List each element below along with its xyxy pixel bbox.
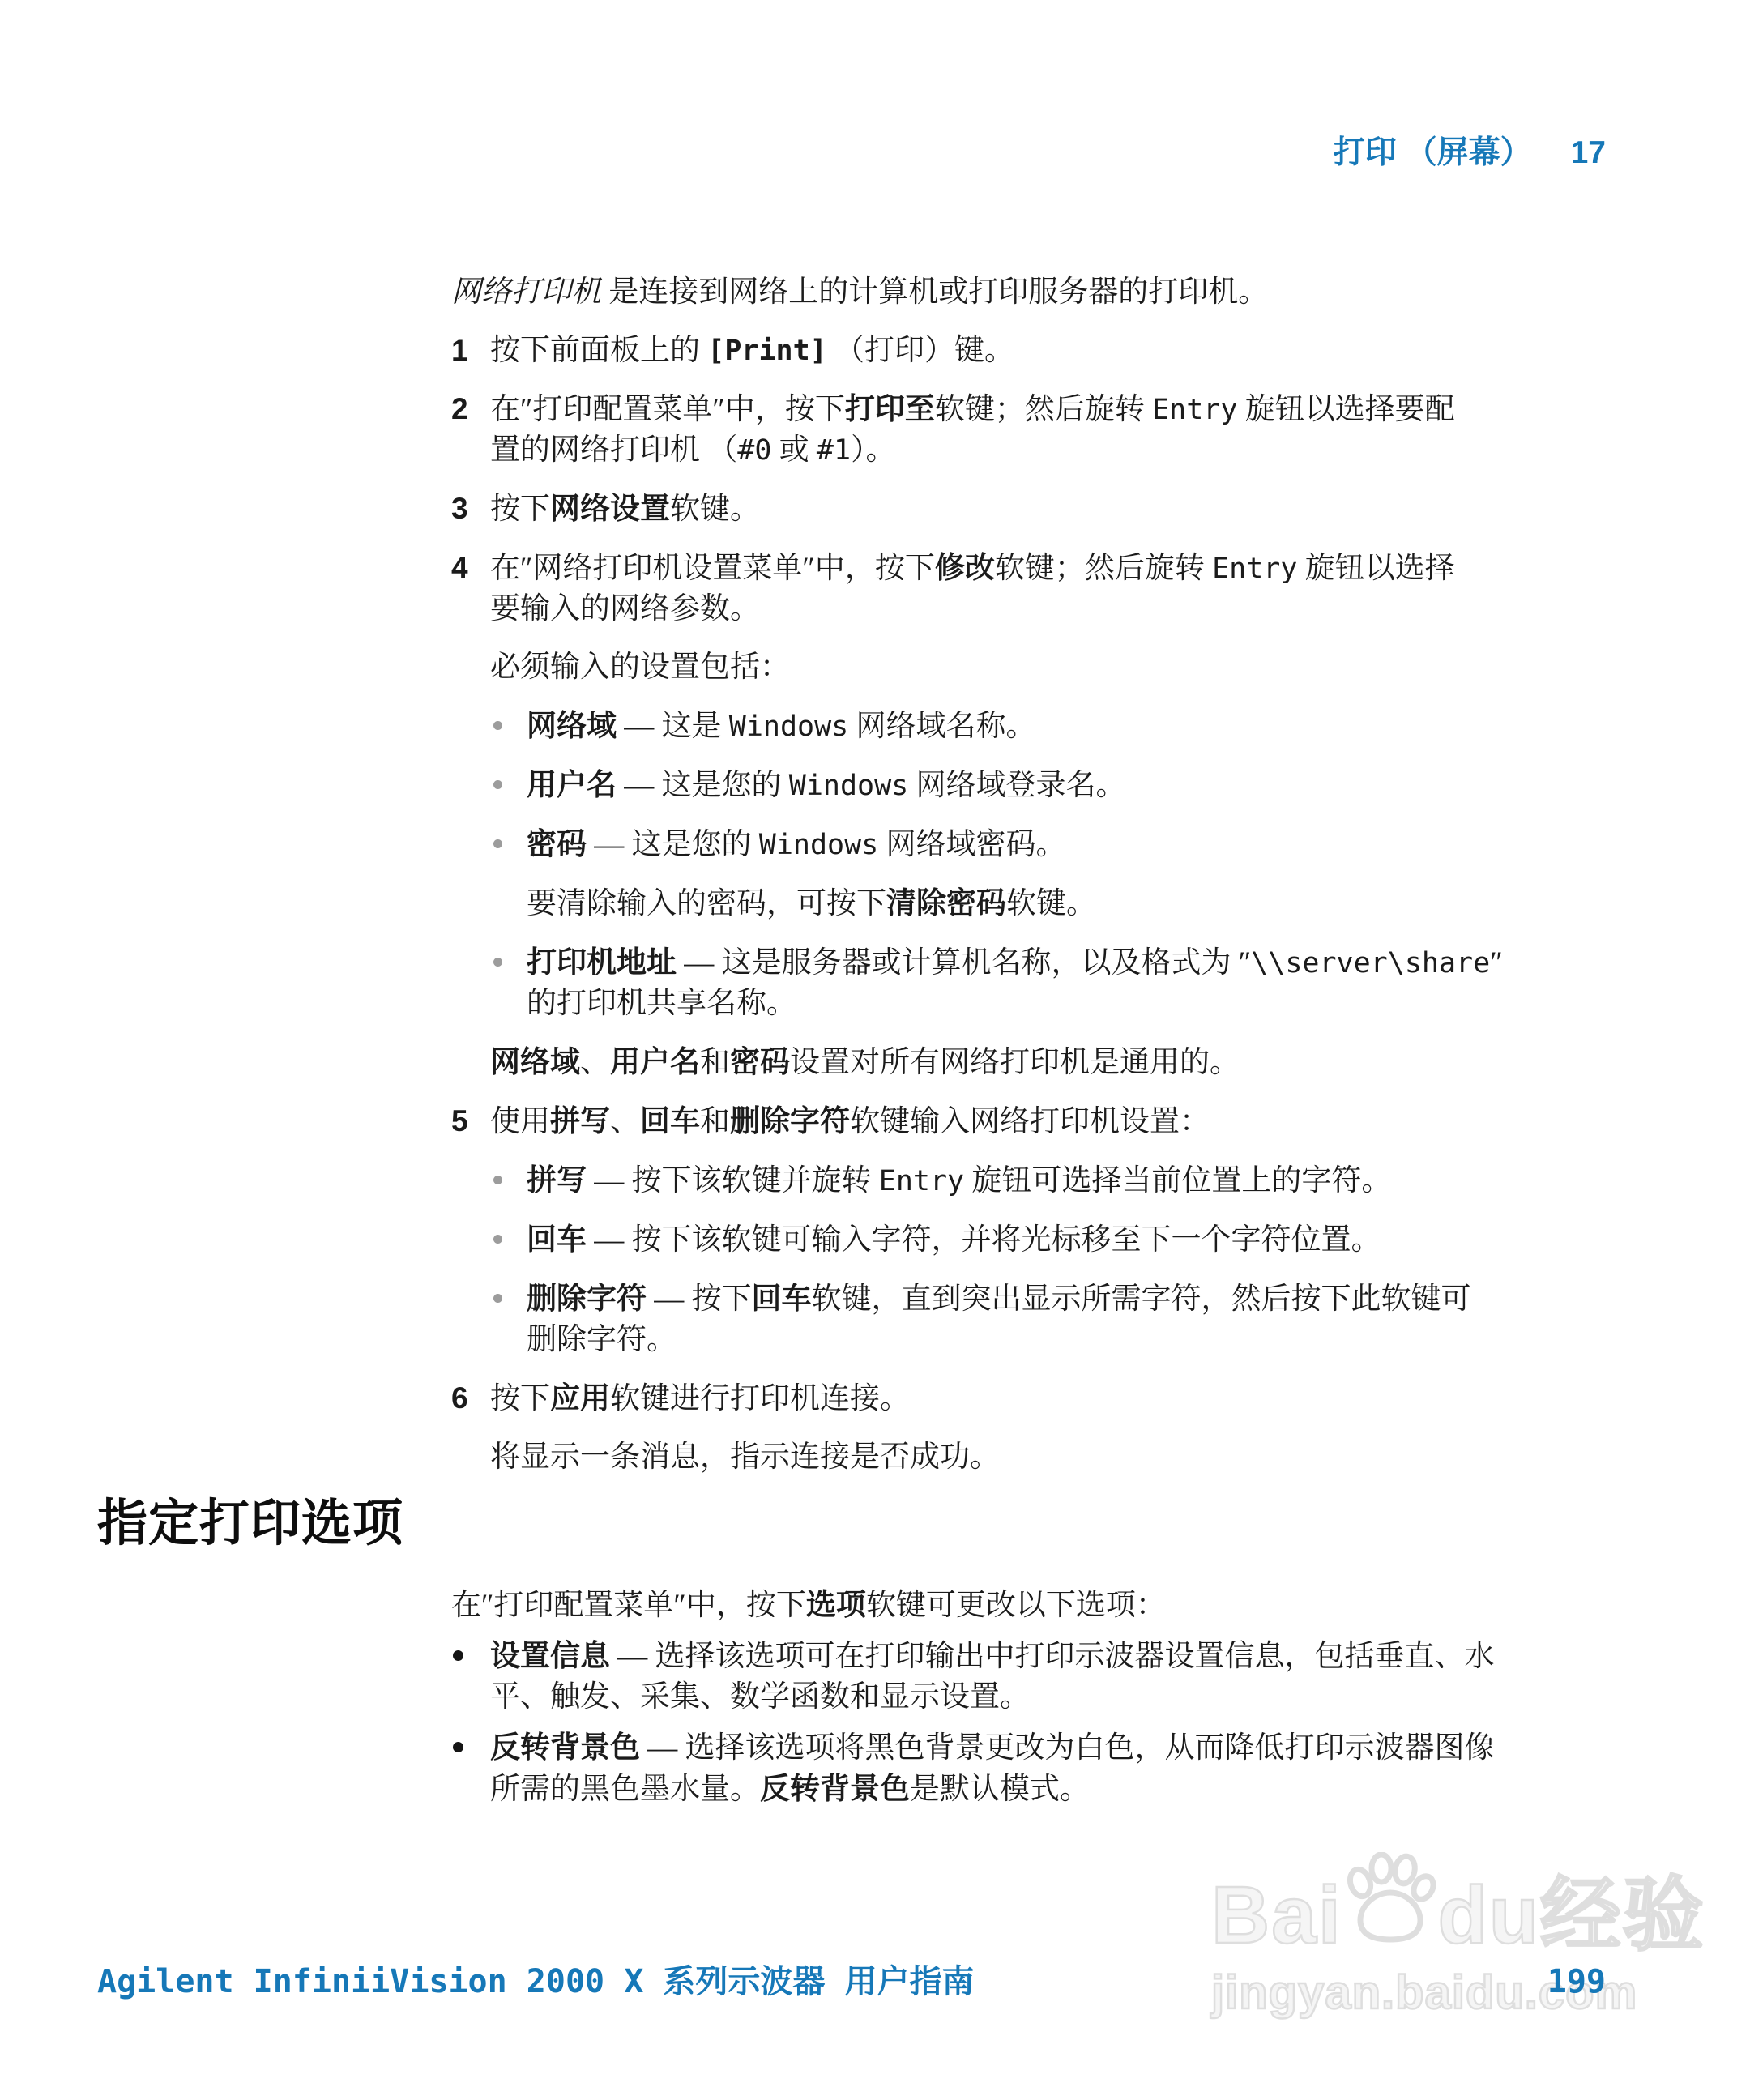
text-run: Entry [1212,553,1297,585]
text-run: 删除字符。 [527,1323,677,1356]
text-run: 要输入的网络参数。 [490,592,760,625]
text-run: 旋钮可选择当前位置上的字符。 [964,1164,1391,1197]
bullet-invert-graticule-colors: 反转背景色 — 选择该选项将黑色背景更改为白色，从而降低打印示波器图像所需的黑色… [451,1727,1610,1810]
text-run: 密码 [730,1045,790,1078]
text-run: 清除密码 [886,886,1006,920]
step-4: 4在″网络打印机设置菜单″中，按下修改软键；然后旋转 Entry 旋钮以选择要输… [451,548,1610,630]
manual-page: 打印 （屏幕） 17 网络打印机 是连接到网络上的计算机或打印服务器的打印机。1… [0,0,1750,2100]
text-run: 设置信息 [490,1639,610,1672]
text-run: — 这是您的 [587,828,759,861]
text-run: 网络域登录名。 [908,769,1125,802]
bullet-icon [453,1742,463,1752]
text-run: 平、触发、采集、数学函数和显示设置。 [490,1680,1030,1714]
text-run: 按下前面板上的 [490,334,707,367]
text-run: 网络域 [490,1045,580,1078]
text-run: 选项 [806,1588,866,1621]
list-number: 2 [451,389,468,429]
step-6: 6按下应用软键进行打印机连接。 [451,1378,1610,1419]
text-run: 删除字符 [730,1104,850,1137]
list-number: 4 [451,548,468,588]
text-run: — 按下 [647,1283,752,1316]
text-run: 将显示一条消息，指示连接是否成功。 [490,1441,1000,1474]
text-run: 网络打印机 [451,275,601,309]
text-run: 回车 [527,1223,587,1256]
text-run: 打印至 [845,392,935,425]
bullet-icon [493,839,502,848]
text-run: 按下 [490,493,550,526]
content-column: 网络打印机 是连接到网络上的计算机或打印服务器的打印机。1按下前面板上的 [Pr… [451,0,1610,1820]
text-run: [Print] [707,335,827,367]
text-run: 、 [610,1105,640,1138]
text-run: 网络域 [527,709,617,742]
bullet-icon [493,1294,502,1303]
bullet-spell: 拼写 — 按下该软键并旋转 Entry 旋钮可选择当前位置上的字符。 [451,1160,1610,1202]
text-run: Windows [789,770,909,802]
text-run: 在″网络打印机设置菜单″中，按下 [490,552,935,585]
text-run: — 这是您的 [617,769,789,802]
text-run: 和 [700,1046,730,1079]
text-run: — 选择该选项可在打印输出中打印示波器设置信息，包括垂直、水 [610,1640,1495,1673]
text-run: 指定打印选项 [97,1496,403,1552]
text-run: — 按下该软键并旋转 [587,1164,879,1197]
text-run: 所需的黑色墨水量。 [490,1773,760,1806]
text-run: 网络设置 [550,492,670,525]
text-run: — 这是服务器或计算机名称，以及格式为 ″ [677,946,1251,980]
text-run: \\server\share [1251,947,1490,980]
text-run: 回车 [752,1282,812,1315]
text-run: 软键可更改以下选项： [866,1589,1166,1622]
text-run: 拼写 [527,1163,587,1197]
text-run: 设置对所有网络打印机是通用的。 [790,1046,1240,1079]
text-run: Entry [1152,394,1237,426]
step-5: 5使用拼写、回车和删除字符软键输入网络打印机设置： [451,1101,1610,1142]
text-run: Entry [879,1165,964,1197]
bullet-icon [493,780,502,789]
text-run: 在″打印配置菜单″中，按下 [451,1589,806,1622]
text-run: 旋钮以选择 [1297,552,1454,585]
text-run: 软键进行打印机连接。 [610,1382,910,1415]
text-run: 删除字符 [527,1282,647,1315]
watermark-brand-row: Bai du经验 [1211,1870,1705,1961]
step-1: 1按下前面板上的 [Print] （打印）键。 [451,331,1610,371]
intro-paragraph: 网络打印机 是连接到网络上的计算机或打印服务器的打印机。 [451,272,1610,313]
text-run: 或 [771,433,817,467]
bullet-icon [493,958,502,967]
text-run: 在″打印配置菜单″中，按下 [490,393,845,426]
text-run: Windows [759,829,879,861]
text-run: 软键，直到突出显示所需字符，然后按下此软键可 [812,1283,1471,1316]
text-run: 置的网络打印机 （ [490,433,737,467]
text-run: Windows [729,711,849,743]
step-2: 2在″打印配置菜单″中，按下打印至软键；然后旋转 Entry 旋钮以选择要配置的… [451,389,1610,471]
bullet-delete-character: 删除字符 — 按下回车软键，直到突出显示所需字符，然后按下此软键可删除字符。 [451,1278,1610,1360]
text-run: — 这是 [617,710,729,743]
bullet-icon [453,1650,463,1661]
text-run: 修改 [935,551,995,584]
list-number: 5 [451,1101,468,1142]
watermark-brand-bai: Bai [1211,1870,1342,1961]
text-run: 使用 [490,1105,550,1138]
text-run: 网络域名称。 [848,710,1035,743]
footer-doc-title: Agilent InfiniiVision 2000 X 系列示波器 用户指南 [97,1956,974,2002]
list-number: 1 [451,331,468,371]
text-run: 旋钮以选择要配 [1237,393,1454,426]
options-lead-in: 在″打印配置菜单″中，按下选项软键可更改以下选项： [451,1585,1610,1626]
bullet-network-domain: 网络域 — 这是 Windows 网络域名称。 [451,706,1610,747]
connection-message-note: 将显示一条消息，指示连接是否成功。 [451,1437,1610,1478]
text-run: ）。 [851,433,896,467]
text-run: — 按下该软键可输入字符，并将光标移至下一个字符位置。 [587,1223,1381,1257]
bullet-user-name: 用户名 — 这是您的 Windows 网络域登录名。 [451,765,1610,806]
bullet-enter: 回车 — 按下该软键可输入字符，并将光标移至下一个字符位置。 [451,1219,1610,1261]
bullet-printer-address: 打印机地址 — 这是服务器或计算机名称，以及格式为 ″\\server\shar… [451,942,1610,1024]
page-footer: Agilent InfiniiVision 2000 X 系列示波器 用户指南 … [97,1956,1606,2002]
baidu-paw-icon [1342,1852,1438,1943]
text-run: 软键输入网络打印机设置： [850,1105,1210,1138]
text-run: 软键；然后旋转 [935,393,1152,426]
text-run: ″ [1490,946,1502,980]
section-heading: 指定打印选项 [97,1496,1610,1552]
list-number: 6 [451,1378,468,1419]
text-run: 和 [700,1105,730,1138]
text-run: #0 [737,434,771,467]
bullet-setup-information: 设置信息 — 选择该选项可在打印输出中打印示波器设置信息，包括垂直、水平、触发、… [451,1636,1610,1718]
step-3: 3按下网络设置软键。 [451,489,1610,530]
text-run: 的打印机共享名称。 [527,987,796,1020]
bullet-icon [493,721,502,730]
text-run: 应用 [550,1381,610,1415]
text-run: 软键。 [1006,887,1096,920]
text-run: 反转背景色 [760,1772,910,1805]
text-run: 回车 [640,1104,700,1137]
text-run: 用户名 [610,1045,700,1078]
text-run: 软键；然后旋转 [995,552,1212,585]
text-run: 是默认模式。 [910,1773,1090,1806]
common-settings-note: 网络域、用户名和密码设置对所有网络打印机是通用的。 [451,1042,1610,1083]
text-run: 打印机地址 [527,945,677,979]
bullet-password: 密码 — 这是您的 Windows 网络域密码。 [451,824,1610,865]
text-run: 网络域密码。 [878,828,1065,861]
text-run: 、 [580,1046,610,1079]
watermark-brand-cn: 经验 [1540,1870,1705,1961]
text-run: 要清除输入的密码，可按下 [527,887,886,920]
bullet-icon [493,1235,502,1244]
text-run: 反转背景色 [490,1731,640,1764]
text-run: 软键。 [670,493,760,526]
text-run: 是连接到网络上的计算机或打印服务器的打印机。 [601,275,1268,309]
watermark-brand-du: du [1438,1870,1540,1961]
text-run: （打印）键。 [827,334,1014,367]
list-number: 3 [451,489,468,529]
settings-lead-in: 必须输入的设置包括： [451,647,1610,688]
text-run: 必须输入的设置包括： [490,651,790,684]
text-run: 拼写 [550,1104,610,1137]
text-run: — 选择该选项将黑色背景更改为白色，从而降低打印示波器图像 [640,1731,1495,1765]
clear-password-note: 要清除输入的密码，可按下清除密码软键。 [451,883,1610,924]
text-run: 用户名 [527,768,617,801]
text-run: #1 [817,434,851,467]
footer-page-number: 199 [1547,1963,1606,2000]
bullet-icon [493,1176,502,1184]
text-run: 按下 [490,1382,550,1415]
text-run: 密码 [527,827,587,860]
